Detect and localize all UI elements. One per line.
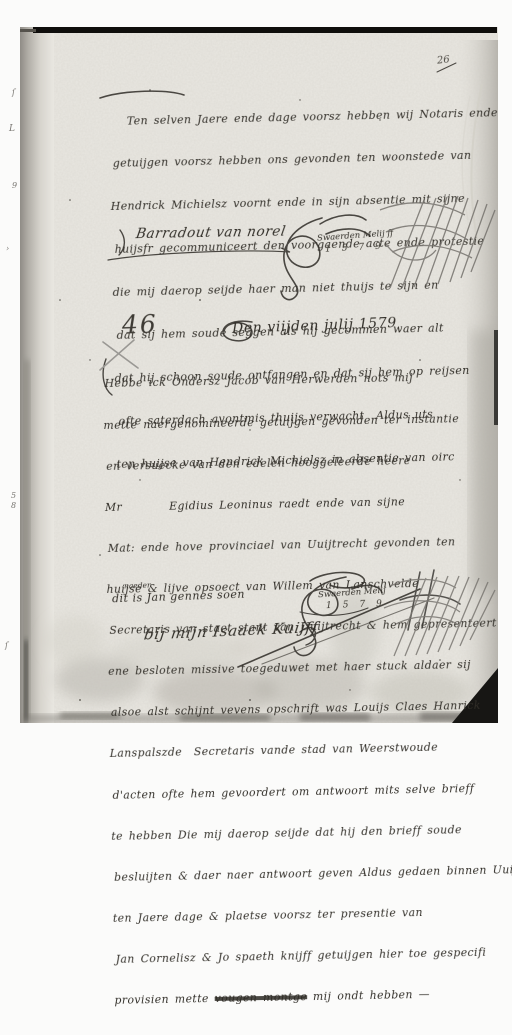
- handwriting-line: alsoe alst schijnt vevens opschrift was …: [111, 698, 511, 719]
- handwriting-line: getuijgen voorsz hebben ons gevonden ten…: [113, 149, 476, 172]
- handwriting-line: Ten selven Jaere ende dage voorsz hebben…: [109, 106, 475, 129]
- handwriting-line: Hebbe ick Ondersz Jacob van Herwerden no…: [105, 370, 505, 391]
- entry-number: 46: [122, 309, 159, 339]
- margin-mark: ›: [6, 244, 9, 253]
- inserted-word: naeder: [124, 581, 151, 591]
- handwriting-line: en versuecke van den edelen hooggeleerde…: [106, 452, 506, 473]
- handwriting-line: die mij daerop seijde haer man niet thui…: [113, 278, 479, 301]
- margin-mark: L: [9, 124, 15, 134]
- entry2-paragraph: Hebbe ick Ondersz Jacob van Herwerden no…: [102, 342, 512, 754]
- handwriting-line: Hendrick Michielsz voornt ende in sijn a…: [111, 192, 477, 215]
- margin-mark: 8: [11, 501, 16, 510]
- handwriting-line: Mr Egidius Leoninus raedt ende van sijne: [105, 493, 507, 514]
- margin-mark: 9: [12, 181, 17, 190]
- handwriting-line: mette naergenomineerde getuijgen gevonde…: [103, 411, 505, 432]
- margin-mark: ſ: [12, 88, 15, 97]
- handwriting-line: Lanspalszde Secretaris vande stad van We…: [110, 740, 512, 754]
- margin-mark: ſ: [5, 641, 8, 650]
- witness-signature: Barradout van norel: [135, 224, 287, 243]
- handwriting-line: ene besloten missive toegeduwet met haer…: [108, 657, 510, 678]
- margin-mark: 5: [11, 491, 16, 500]
- handwriting-line: Mat: ende hove provinciael van Uuijtrech…: [108, 534, 508, 555]
- scanned-manuscript: 26 ſ L 9 › 5 8 ſ Ten selven Jaere ende d…: [0, 0, 512, 754]
- folio-number: 26: [436, 54, 450, 66]
